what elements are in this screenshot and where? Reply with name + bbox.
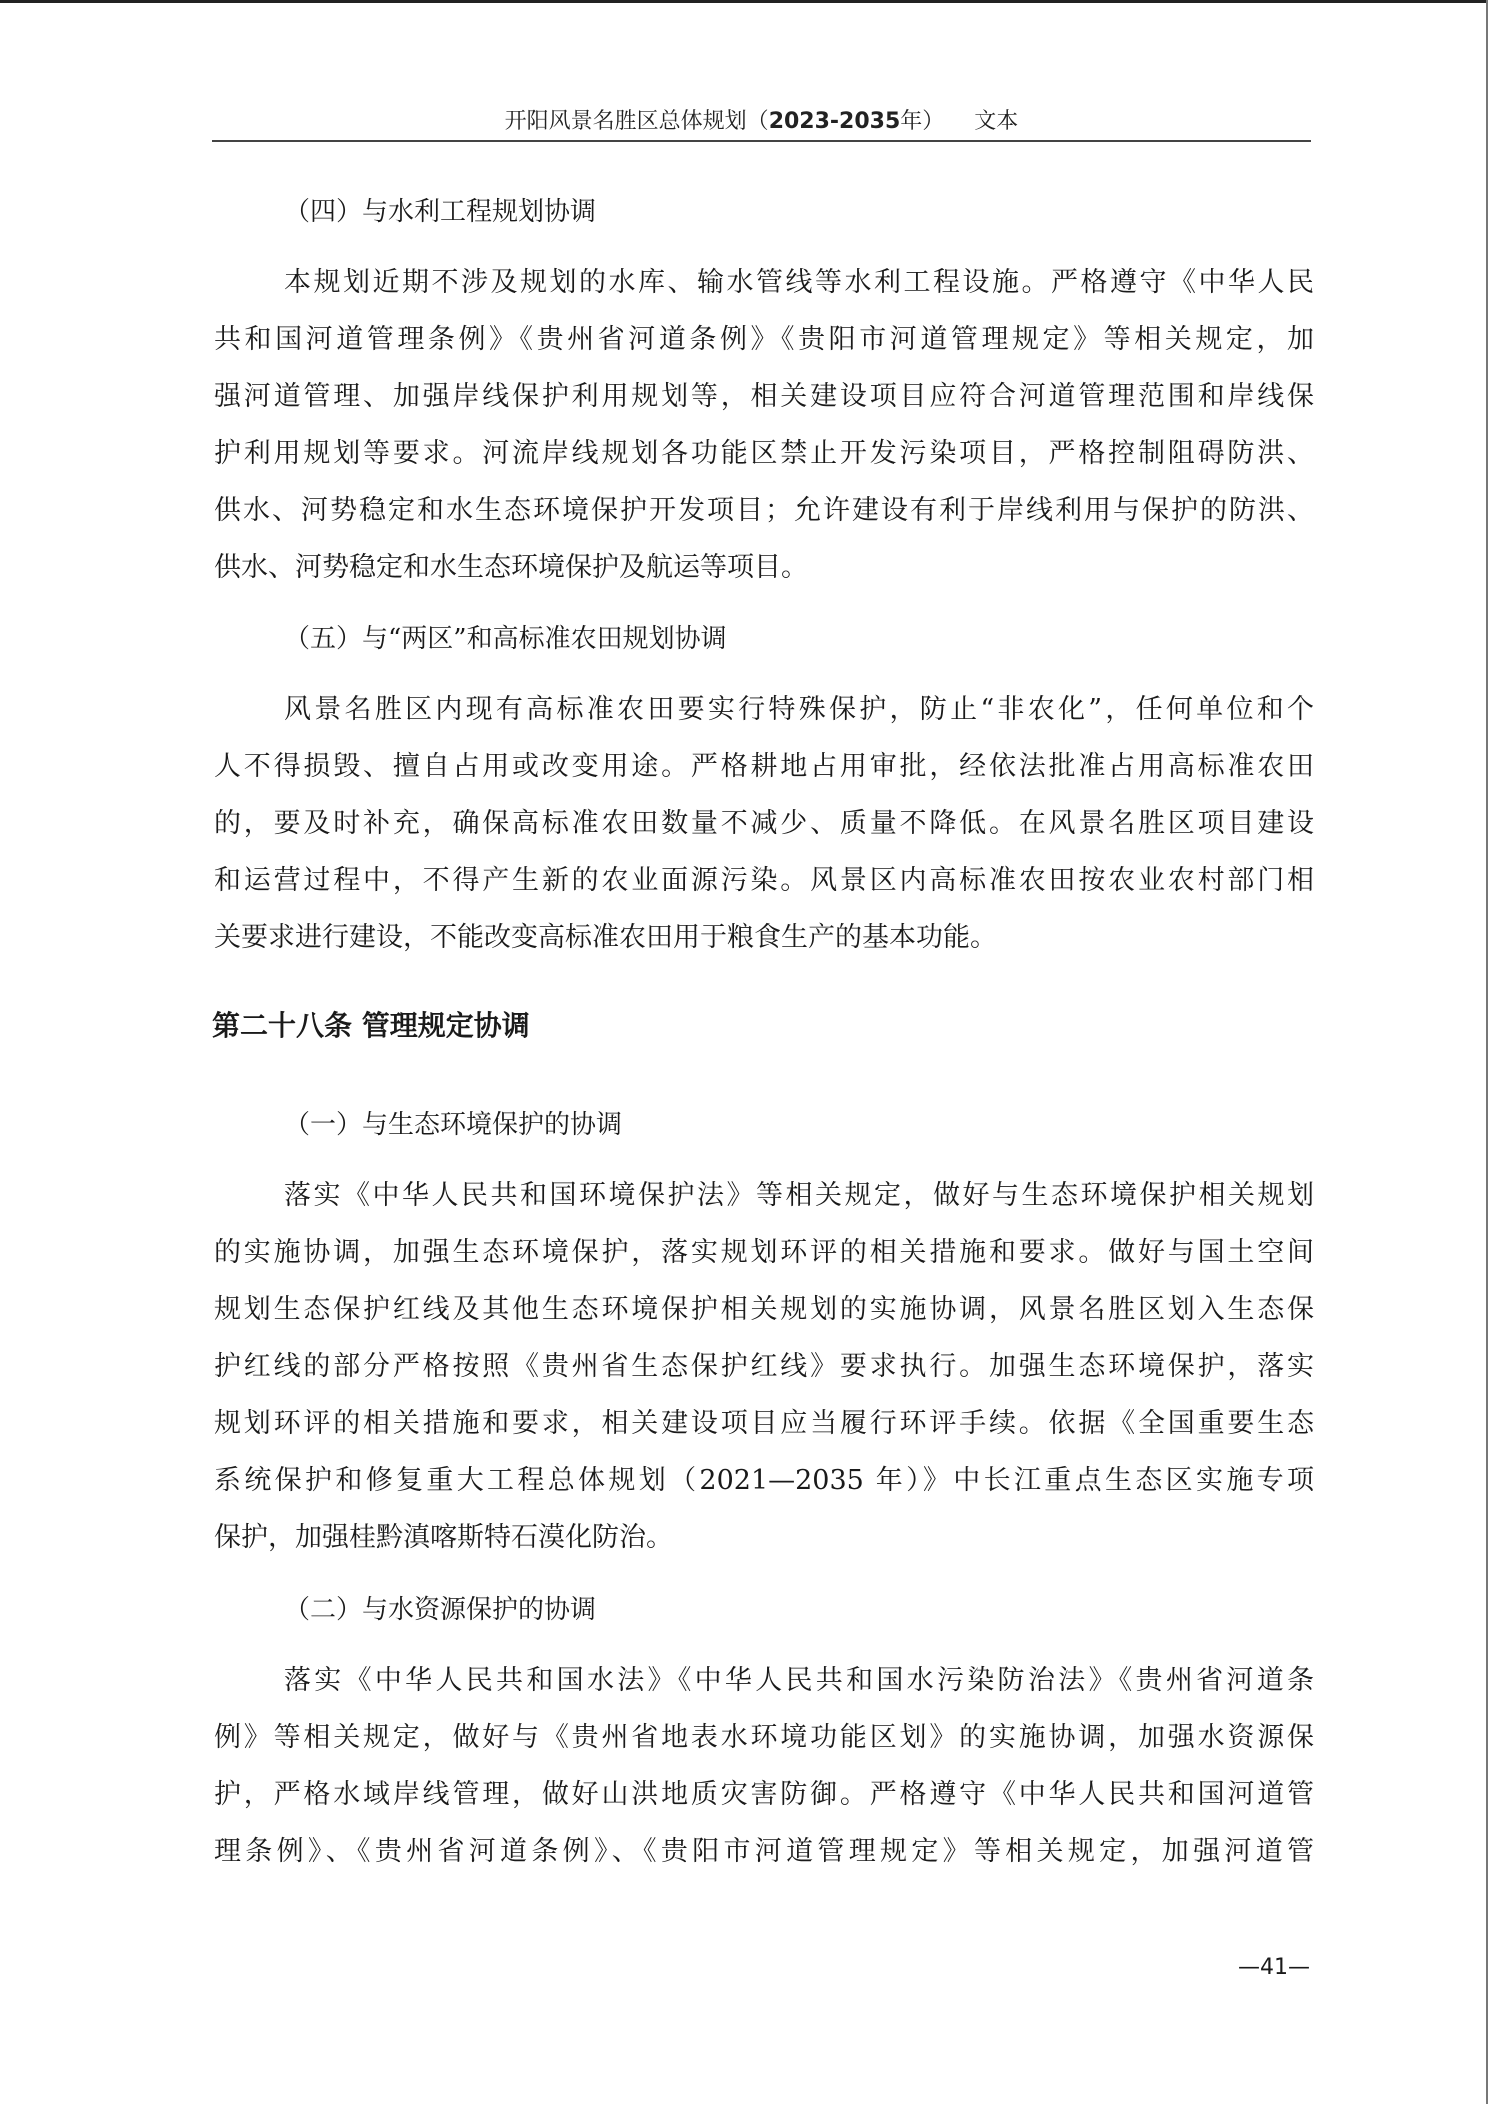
paragraph-line: 和运营过程中，不得产生新的农业面源污染。风景区内高标准农田按农业农村部门相	[214, 864, 1314, 898]
paragraph-line: 供水、河势稳定和水生态环境保护及航运等项目。	[214, 551, 1314, 585]
paragraph-line: 保护，加强桂黔滇喀斯特石漠化防治。	[214, 1521, 1314, 1555]
header-rule	[212, 140, 1311, 142]
paragraph-line: 护，严格水域岸线管理，做好山洪地质灾害防御。严格遵守《中华人民共和国河道管	[214, 1778, 1314, 1812]
header-doc-type: 文本	[974, 109, 1018, 134]
paragraph-line: 理条例》、《贵州省河道条例》、《贵阳市河道管理规定》等相关规定，加强河道管	[214, 1835, 1314, 1869]
paragraph-line: 规划生态保护红线及其他生态环境保护相关规划的实施协调，风景名胜区划入生态保	[214, 1293, 1314, 1327]
paragraph-line: 例》等相关规定，做好与《贵州省地表水环境功能区划》的实施协调，加强水资源保	[214, 1721, 1314, 1755]
paragraph-line: 关要求进行建设，不能改变高标准农田用于粮食生产的基本功能。	[214, 921, 1314, 955]
section-heading: （五）与“两区”和高标准农田规划协调	[284, 622, 727, 656]
section-heading: （二）与水资源保护的协调	[284, 1593, 596, 1627]
page-number: —41—	[1238, 1954, 1310, 1982]
paragraph-line: 规划环评的相关措施和要求，相关建设项目应当履行环评手续。依据《全国重要生态	[214, 1407, 1314, 1441]
header-title-prefix: 开阳风景名胜区总体规划（	[505, 109, 769, 134]
paragraph-line: 供水、河势稳定和水生态环境保护开发项目；允许建设有利于岸线利用与保护的防洪、	[214, 494, 1314, 528]
article-heading: 第二十八条 管理规定协调	[212, 1009, 530, 1043]
section-heading: （一）与生态环境保护的协调	[284, 1108, 622, 1142]
running-header: 开阳风景名胜区总体规划（2023-2035年）文本	[212, 104, 1311, 135]
paragraph-line: 护红线的部分严格按照《贵州省生态保护红线》要求执行。加强生态环境保护，落实	[214, 1350, 1314, 1384]
paragraph-line: 风景名胜区内现有高标准农田要实行特殊保护，防止“非农化”，任何单位和个	[284, 693, 1314, 727]
paragraph-line: 共和国河道管理条例》《贵州省河道条例》《贵阳市河道管理规定》等相关规定，加	[214, 323, 1314, 357]
page-border-top	[0, 0, 1488, 3]
paragraph-line: 的实施协调，加强生态环境保护，落实规划环评的相关措施和要求。做好与国土空间	[214, 1236, 1314, 1270]
paragraph-line: 的，要及时补充，确保高标准农田数量不减少、质量不降低。在风景名胜区项目建设	[214, 807, 1314, 841]
paragraph-line: 本规划近期不涉及规划的水库、输水管线等水利工程设施。严格遵守《中华人民	[284, 266, 1314, 300]
paragraph-line: 强河道管理、加强岸线保护利用规划等，相关建设项目应符合河道管理范围和岸线保	[214, 380, 1314, 414]
paragraph-line: 系统保护和修复重大工程总体规划（2021—2035 年）》中长江重点生态区实施专…	[214, 1464, 1314, 1498]
header-year-range: 2023-2035	[769, 109, 901, 134]
paragraph-line: 护利用规划等要求。河流岸线规划各功能区禁止开发污染项目，严格控制阻碍防洪、	[214, 437, 1314, 471]
header-title-suffix: 年）	[900, 109, 944, 134]
section-heading: （四）与水利工程规划协调	[284, 195, 596, 229]
paragraph-line: 落实《中华人民共和国环境保护法》等相关规定，做好与生态环境保护相关规划	[284, 1179, 1314, 1213]
paragraph-line: 人不得损毁、擅自占用或改变用途。严格耕地占用审批，经依法批准占用高标准农田	[214, 750, 1314, 784]
paragraph-line: 落实《中华人民共和国水法》《中华人民共和国水污染防治法》《贵州省河道条	[284, 1664, 1314, 1698]
